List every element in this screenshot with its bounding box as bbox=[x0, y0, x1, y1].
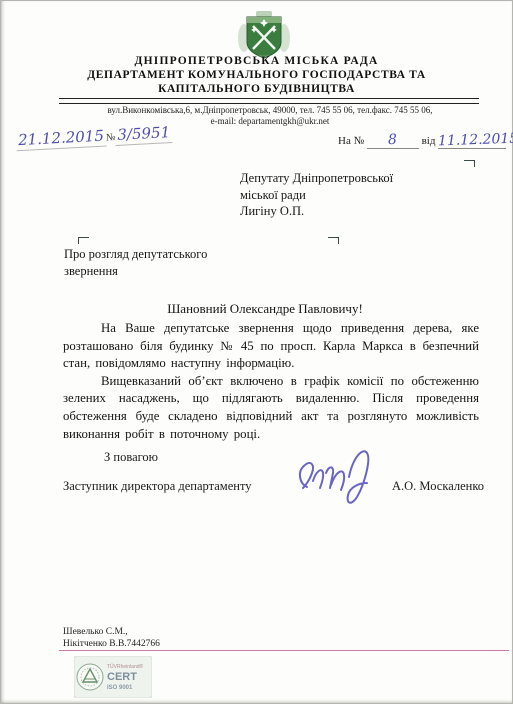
incoming-date-handwritten: 11.12.2015 bbox=[438, 131, 513, 150]
incoming-reference: На № 8 від 11.12.2015 bbox=[338, 132, 506, 149]
layout-corner-mark-subject-right bbox=[328, 237, 339, 244]
letterhead-address: вул.Виконкомівська,6, м.Дніпропетровськ,… bbox=[40, 105, 500, 127]
address-line1: вул.Виконкомівська,6, м.Дніпропетровськ,… bbox=[40, 105, 500, 116]
subject-line1: Про розгляд депутатського bbox=[64, 246, 207, 263]
subject-line2: звернення bbox=[64, 263, 207, 280]
recipient-line2: міської ради bbox=[240, 187, 393, 204]
from-label: від bbox=[422, 135, 436, 147]
body-paragraph-2: Вищевказаний об’єкт включено в графік ко… bbox=[63, 373, 479, 443]
salutation: Шановний Олександре Павловичу! bbox=[0, 301, 513, 317]
recipient-line3: Лигіну О.П. bbox=[240, 203, 393, 220]
body-paragraph-1: На Ваше депутатське звернення щодо приве… bbox=[63, 320, 479, 373]
outgoing-number-handwritten: 3/5951 bbox=[115, 123, 173, 146]
recipient-line1: Депутату Дніпропетровської bbox=[240, 170, 393, 187]
footer-accent-line bbox=[59, 650, 509, 651]
handwritten-signature-icon bbox=[293, 443, 377, 509]
layout-corner-mark-recipient bbox=[464, 160, 475, 167]
layout-corner-mark-subject-left bbox=[78, 237, 89, 244]
closing-phrase: З повагою bbox=[104, 450, 158, 465]
executor-line2: Нікітченко В.В.7442766 bbox=[63, 639, 160, 651]
cert-brand-text: TÜVRheinland® bbox=[107, 663, 144, 670]
cert-word-text: CERT bbox=[107, 671, 137, 683]
incoming-number-field: 8 bbox=[367, 132, 419, 149]
signer-name: А.О. Москаленко bbox=[392, 479, 484, 494]
letter-body: На Ваше депутатське звернення щодо приве… bbox=[63, 320, 479, 443]
letterhead-divider bbox=[59, 98, 479, 104]
org-name-line3: КАПІТАЛЬНОГО БУДІВНИЦТВА bbox=[0, 82, 513, 96]
scanned-letter-page: ДНІПРОПЕТРОВСЬКА МІСЬКА РАДА ДЕПАРТАМЕНТ… bbox=[0, 0, 513, 704]
letterhead-org-name: ДНІПРОПЕТРОВСЬКА МІСЬКА РАДА ДЕПАРТАМЕНТ… bbox=[0, 54, 513, 96]
subject-block: Про розгляд депутатського звернення bbox=[64, 246, 207, 280]
recipient-block: Депутату Дніпропетровської міської ради … bbox=[240, 170, 393, 220]
signer-position: Заступник директора департаменту bbox=[63, 479, 252, 494]
tuv-cert-logo: TÜVRheinland® CERT ISO 9001 bbox=[74, 656, 152, 698]
cert-standard-text: ISO 9001 bbox=[107, 685, 133, 691]
coat-of-arms-icon bbox=[234, 10, 294, 60]
incoming-label: На № bbox=[338, 135, 364, 147]
incoming-number-handwritten: 8 bbox=[388, 132, 397, 148]
org-name-line2: ДЕПАРТАМЕНТ КОМУНАЛЬНОГО ГОСПОДАРСТВА ТА bbox=[0, 68, 513, 82]
number-sign: № bbox=[106, 132, 116, 143]
org-name-line1: ДНІПРОПЕТРОВСЬКА МІСЬКА РАДА bbox=[0, 54, 513, 68]
incoming-date-field: 11.12.2015 bbox=[438, 132, 506, 149]
executors-block: Шевелько С.М., Нікітченко В.В.7442766 bbox=[63, 627, 160, 650]
executor-line1: Шевелько С.М., bbox=[63, 627, 160, 639]
outgoing-date-handwritten: 21.12.2015 bbox=[16, 127, 107, 152]
